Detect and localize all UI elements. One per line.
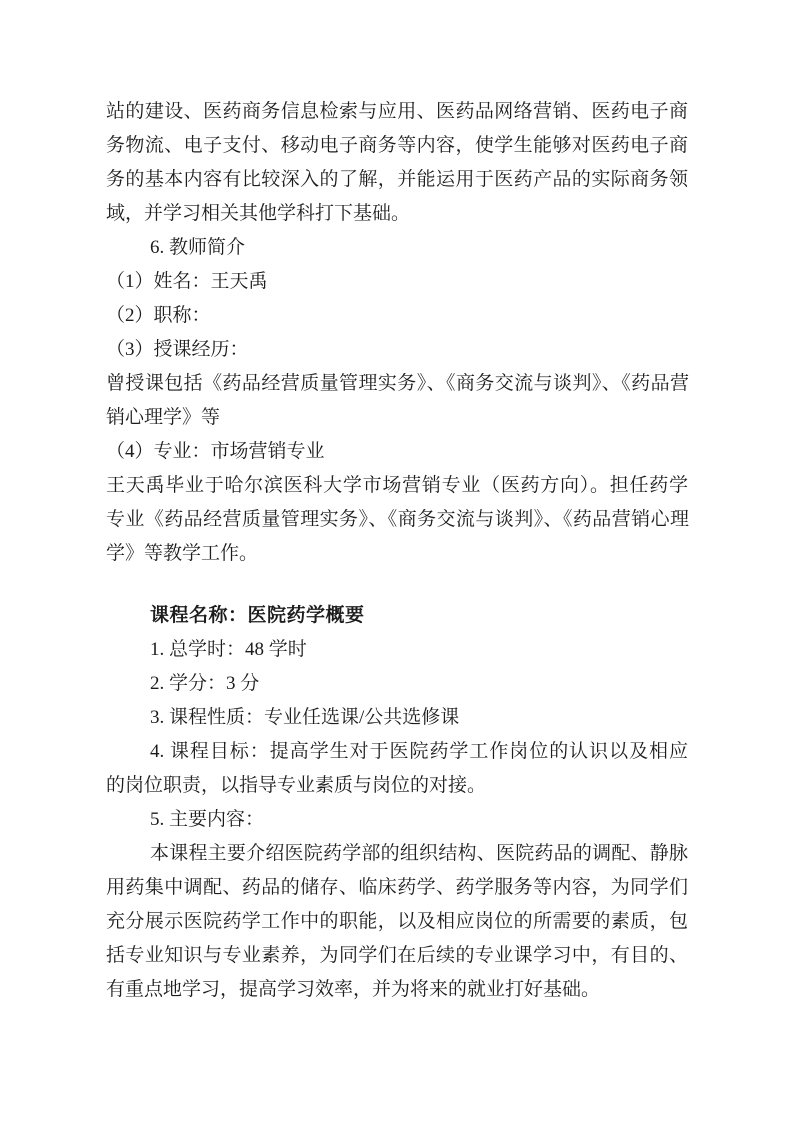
teacher-major-line: （4）专业：市场营销专业 — [106, 435, 688, 469]
teaching-experience-line: 销心理学》等 — [106, 401, 688, 435]
main-content-label: 5. 主要内容： — [106, 803, 688, 837]
course-title-heading: 课程名称：医院药学概要 — [106, 599, 688, 633]
document-page: 站的建设、医药商务信息检索与应用、医药品网络营销、医药电子商务物流、电子支付、移… — [0, 0, 793, 1122]
course-intro-line: 域，并学习相关其他学科打下基础。 — [106, 197, 688, 231]
course-intro-line: 务物流、电子支付、移动电子商务等内容，使学生能够对医药电子商 — [106, 129, 688, 163]
course-objective-line: 的岗位职责，以指导专业素质与岗位的对接。 — [106, 769, 688, 803]
course-intro-line: 站的建设、医药商务信息检索与应用、医药品网络营销、医药电子商 — [106, 95, 688, 129]
main-content-line: 充分展示医院药学工作中的职能，以及相应岗位的所需要的素质，包 — [106, 905, 688, 939]
section-gap — [106, 571, 688, 599]
main-content-line: 本课程主要介绍医院药学部的组织结构、医院药品的调配、静脉 — [106, 837, 688, 871]
section-hospital-pharmacy-course: 课程名称：医院药学概要1. 总学时：48 学时2. 学分：3 分3. 课程性质：… — [106, 599, 688, 1007]
main-content-line: 括专业知识与专业素养，为同学们在后续的专业课学习中，有目的、 — [106, 939, 688, 973]
teaching-experience-label: （3）授课经历： — [106, 333, 688, 367]
teacher-name-line: （1）姓名：王天禹 — [106, 265, 688, 299]
teacher-title-line: （2）职称： — [106, 299, 688, 333]
teacher-bio-line: 专业《药品经营质量管理实务》、《商务交流与谈判》、《药品营销心理 — [106, 503, 688, 537]
course-type-line: 3. 课程性质：专业任选课/公共选修课 — [106, 701, 688, 735]
teacher-bio-line: 学》等教学工作。 — [106, 537, 688, 571]
teaching-experience-line: 曾授课包括《药品经营质量管理实务》、《商务交流与谈判》、《药品营 — [106, 367, 688, 401]
total-hours-line: 1. 总学时：48 学时 — [106, 633, 688, 667]
teacher-intro-heading: 6. 教师简介 — [106, 231, 688, 265]
main-content-line: 有重点地学习，提高学习效率，并为将来的就业打好基础。 — [106, 973, 688, 1007]
section-ecommerce-course-tail: 站的建设、医药商务信息检索与应用、医药品网络营销、医药电子商务物流、电子支付、移… — [106, 95, 688, 571]
course-intro-line: 务的基本内容有比较深入的了解，并能运用于医药产品的实际商务领 — [106, 163, 688, 197]
course-objective-line: 4. 课程目标：提高学生对于医院药学工作岗位的认识以及相应 — [106, 735, 688, 769]
teacher-bio-line: 王天禹毕业于哈尔滨医科大学市场营销专业（医药方向）。担任药学 — [106, 469, 688, 503]
main-content-line: 用药集中调配、药品的储存、临床药学、药学服务等内容，为同学们 — [106, 871, 688, 905]
credits-line: 2. 学分：3 分 — [106, 667, 688, 701]
